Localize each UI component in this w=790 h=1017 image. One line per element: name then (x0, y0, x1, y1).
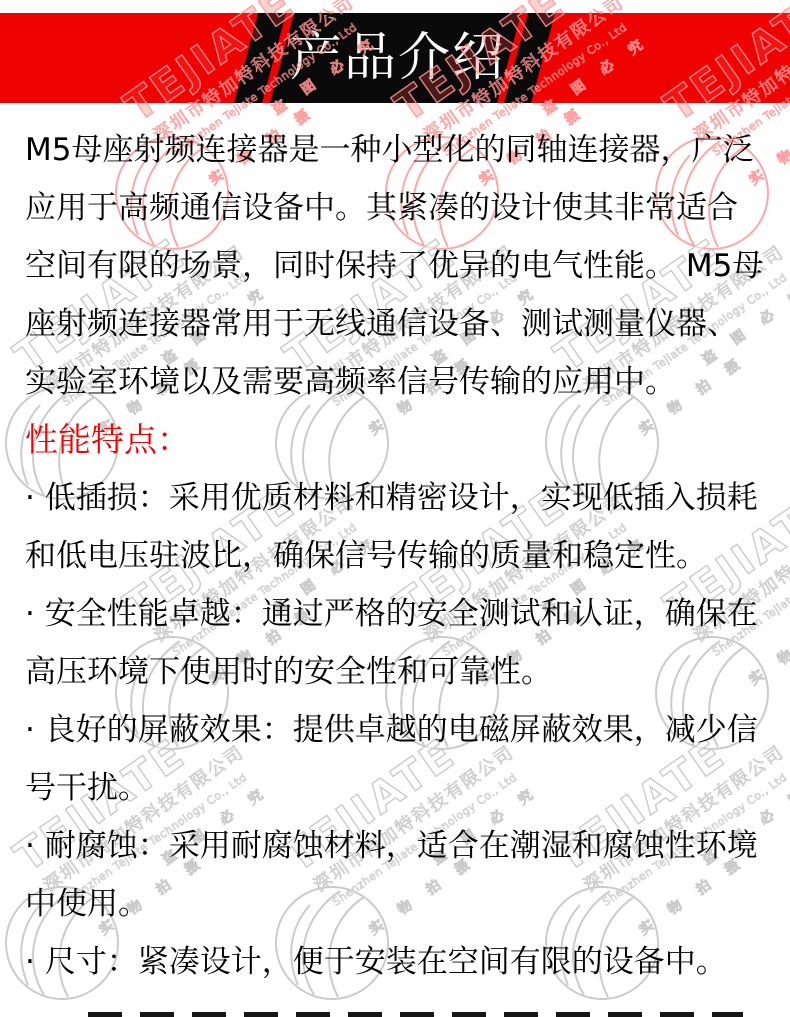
header-banner: 产品介绍 (0, 13, 790, 103)
page-title: 产品介绍 (283, 13, 513, 103)
feature-bullet-size: · 尺寸：紧凑设计，便于安装在空间有限的设备中。 (25, 933, 765, 991)
feature-bullet-safety: · 安全性能卓越：通过严格的安全测试和认证，确保在高压环境下使用时的安全性和可靠… (25, 585, 765, 701)
feature-bullet-low-loss: · 低插损：采用优质材料和精密设计，实现低插入损耗和低电压驻波比，确保信号传输的… (25, 469, 765, 585)
cropped-next-line (88, 1012, 743, 1017)
feature-bullet-corrosion: · 耐腐蚀：采用耐腐蚀材料，适合在潮湿和腐蚀性环境中使用。 (25, 817, 765, 933)
product-description: M5母座射频连接器是一种小型化的同轴连接器，广泛应用于高频通信设备中。其紧凑的设… (25, 121, 765, 991)
product-intro-page: 产品介绍 TEJIATE 深圳市特加特科技有限公司 Shenzhen Tejia… (0, 0, 790, 1017)
feature-bullet-shielding: · 良好的屏蔽效果：提供卓越的电磁屏蔽效果，减少信号干扰。 (25, 701, 765, 817)
intro-paragraph: M5母座射频连接器是一种小型化的同轴连接器，广泛应用于高频通信设备中。其紧凑的设… (25, 121, 765, 411)
features-heading: 性能特点： (25, 411, 765, 469)
